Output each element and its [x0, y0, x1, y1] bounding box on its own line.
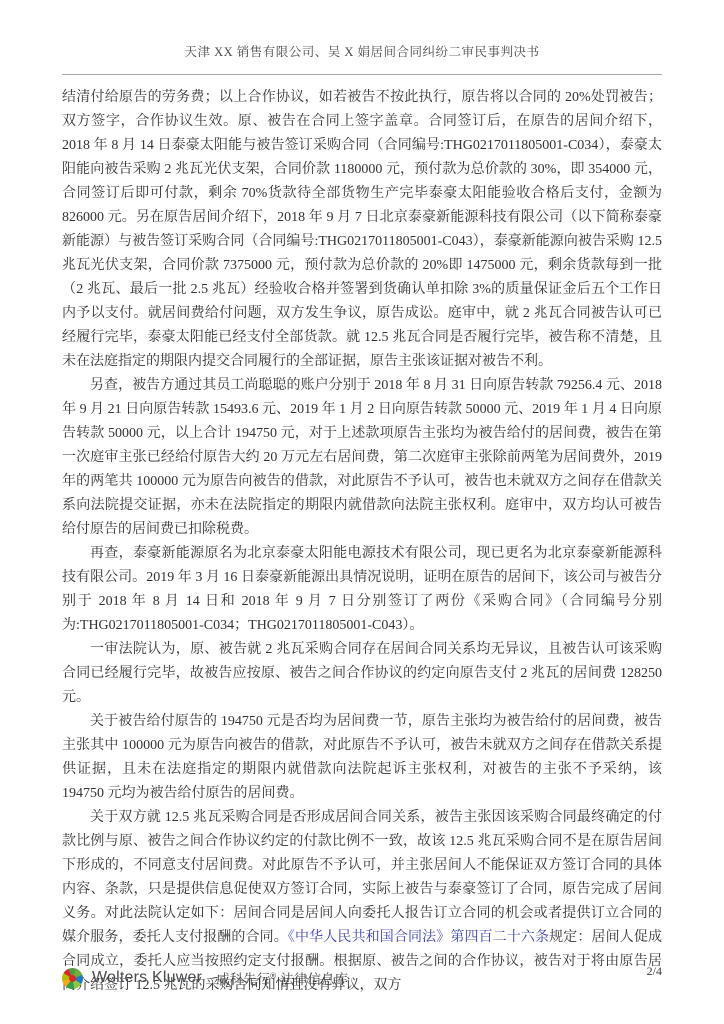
statute-link[interactable]: 《中华人民共和国合同法》第四百二十六条 [288, 930, 549, 945]
document-body: 结清付给原告的劳务费；以上合作协议，如若被告不按此执行，原告将以合同的 20%处… [62, 86, 662, 998]
product-name-text: 威科先行 [216, 972, 270, 987]
paragraph: 另查，被告方通过其员工尚聪聪的账户分别于 2018 年 8 月 31 日向原告转… [62, 374, 662, 542]
paragraph-text: 关于双方就 12.5 兆瓦采购合同是否形成居间合同关系，被告主张因该采购合同最终… [62, 810, 662, 945]
wolters-kluwer-logo-icon [62, 968, 83, 989]
header-divider [62, 74, 662, 75]
paragraph: 关于被告给付原告的 194750 元是否均为居间费一节，原告主张均为被告给付的居… [62, 710, 662, 806]
judgment-document-page: { "header": { "title": "天津 XX 销售有限公司、吴 X… [0, 0, 724, 1024]
document-title: 天津 XX 销售有限公司、吴 X 娟居间合同纠纷二审民事判决书 [62, 42, 662, 60]
paragraph: 再查，泰豪新能源原名为北京泰豪太阳能电源技术有限公司，现已更名为北京泰豪新能源科… [62, 542, 662, 638]
paragraph: 结清付给原告的劳务费；以上合作协议，如若被告不按此执行，原告将以合同的 20%处… [62, 86, 662, 374]
page-number: 2/4 [647, 962, 662, 979]
paragraph: 一审法院认为，原、被告就 2 兆瓦采购合同存在居间合同关系均无异议，且被告认可该… [62, 638, 662, 710]
product-name: 威科先行®·法律信息库 [216, 968, 348, 988]
product-name-suffix: ·法律信息库 [276, 972, 348, 987]
page-footer: Wolters Kluwer 威科先行®·法律信息库 2/4 [62, 962, 662, 994]
brand-name: Wolters Kluwer [92, 969, 202, 987]
